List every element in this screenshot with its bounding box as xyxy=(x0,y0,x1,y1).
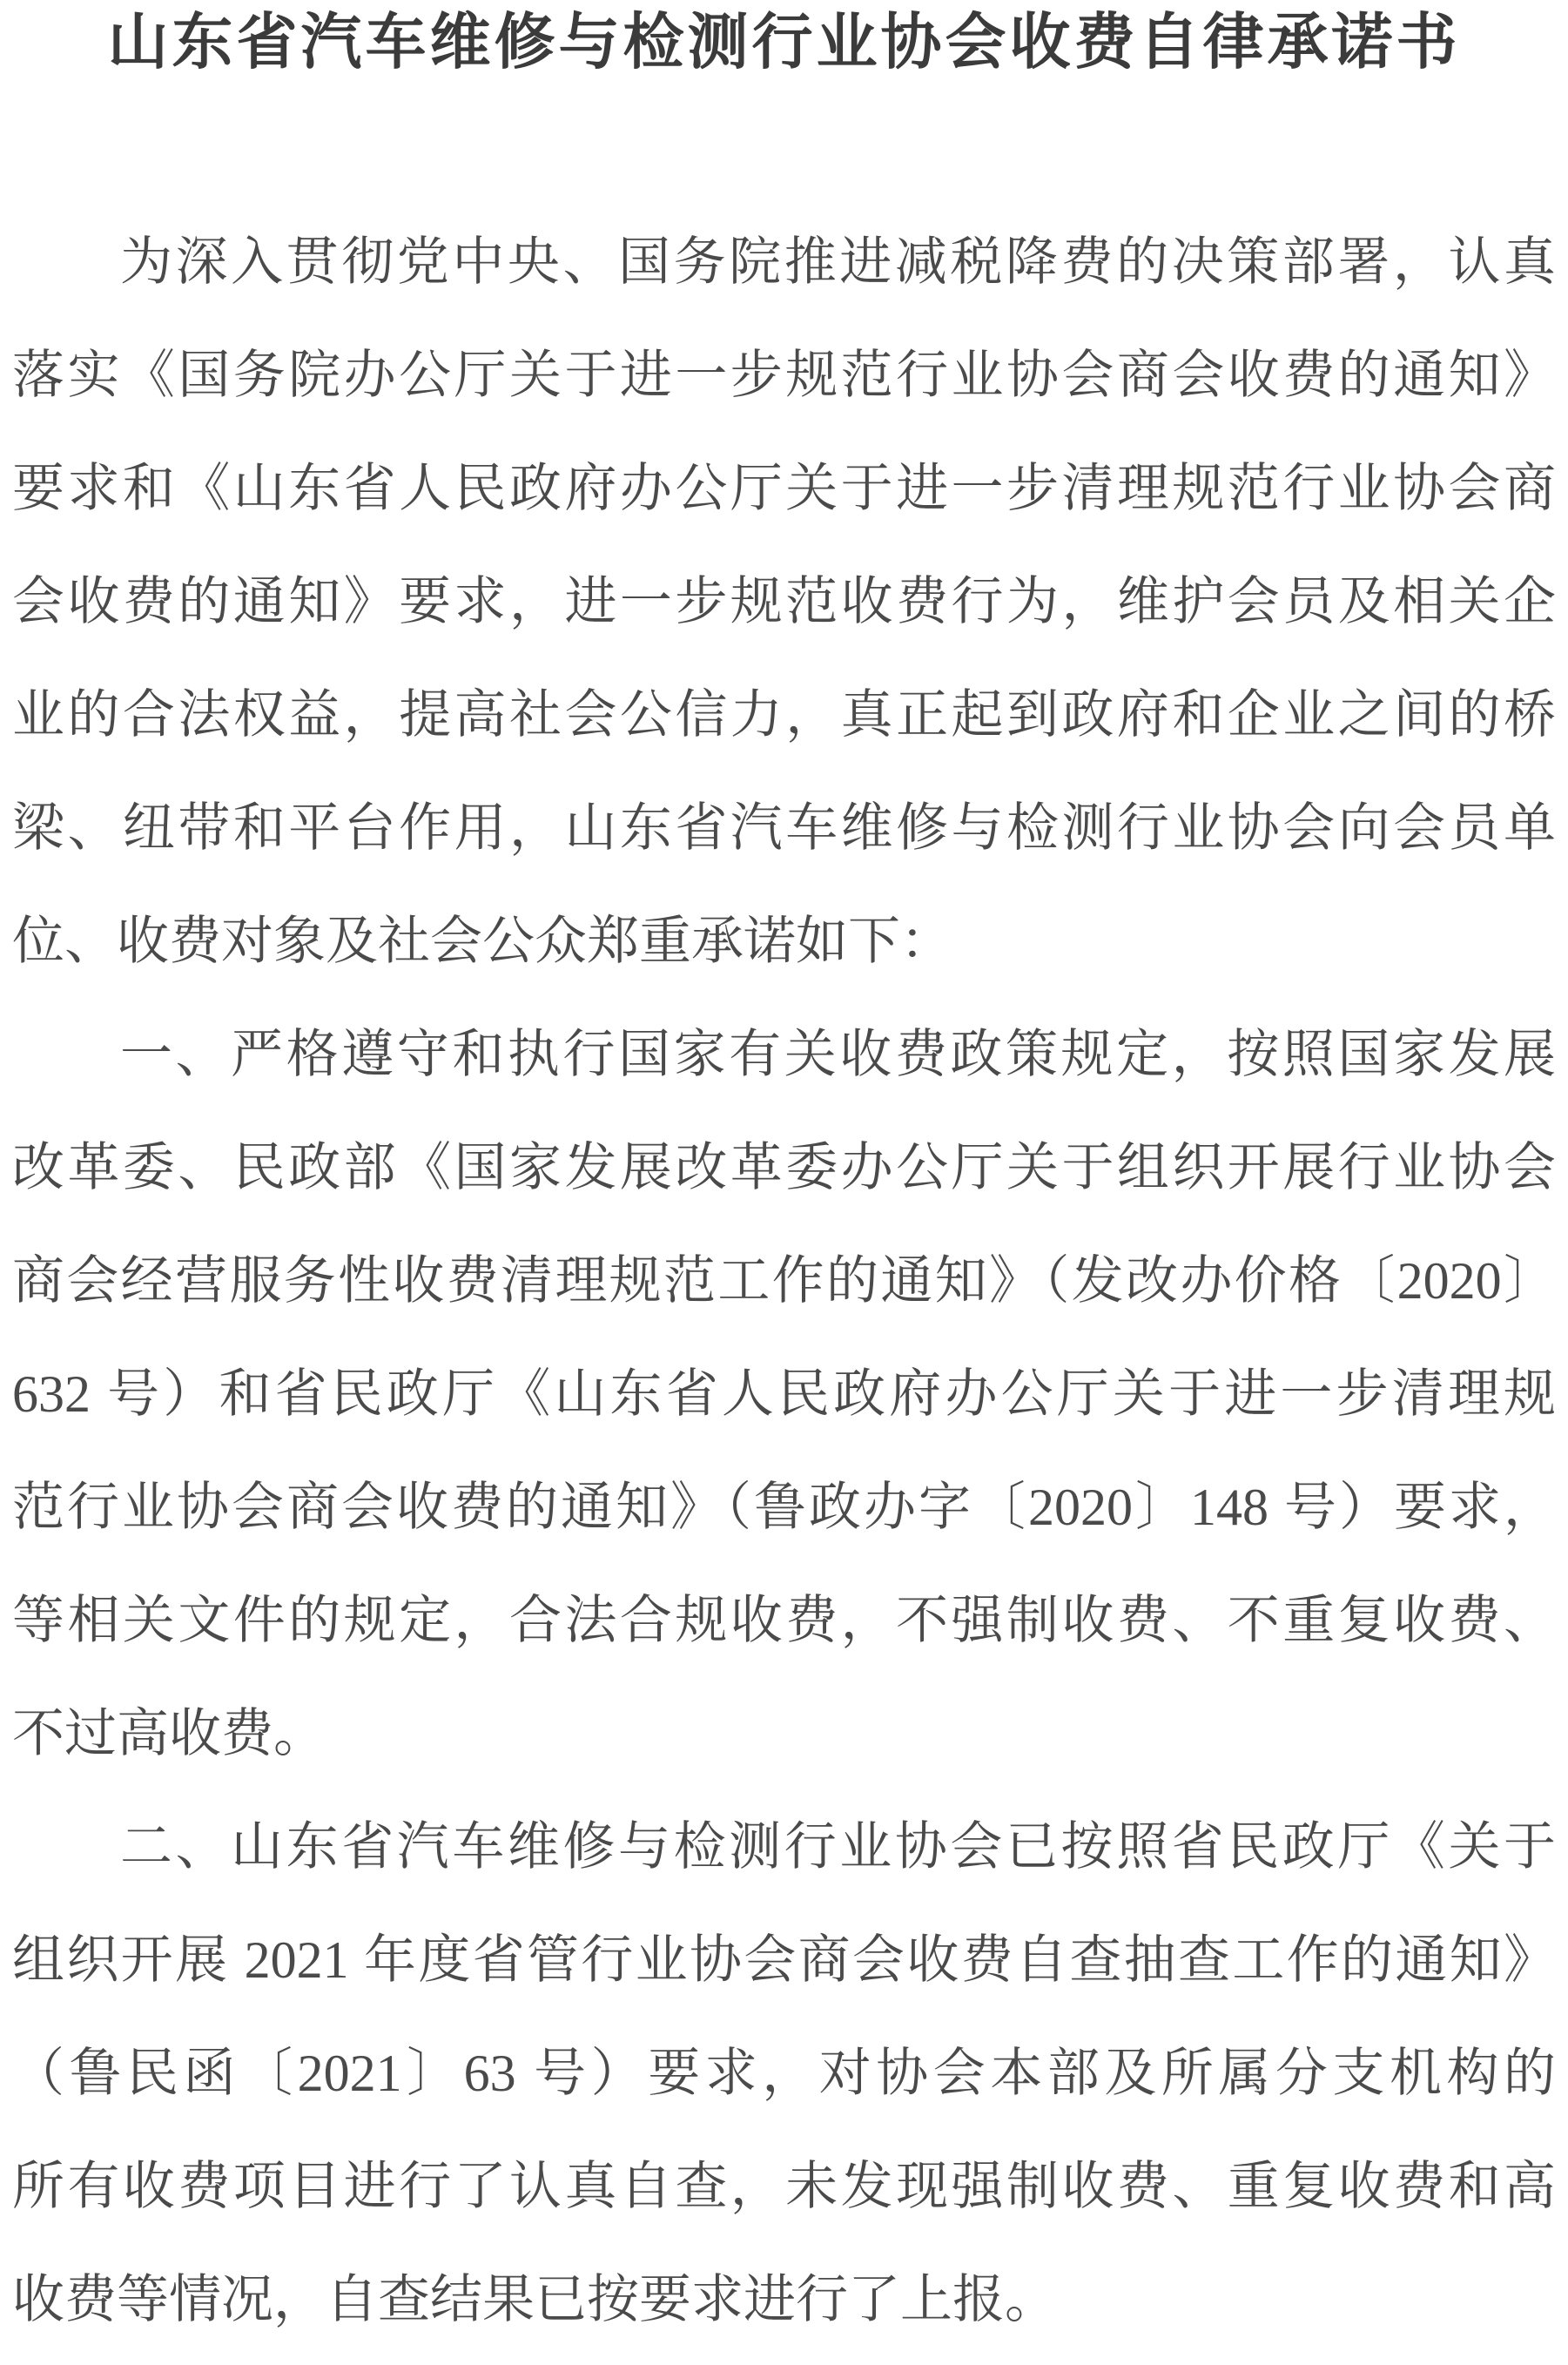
document-title: 山东省汽车维修与检测行业协会收费自律承诺书 xyxy=(0,0,1568,84)
text-line: 二、山东省汽车维修与检测行业协会已按照省民政厅《关于 xyxy=(12,1790,1556,1903)
document-body: 为深入贯彻党中央、国务院推进减税降费的决策部署，认真 落实《国务院办公厅关于进一… xyxy=(0,206,1568,2356)
text-line: 落实《国务院办公厅关于进一步规范行业协会商会收费的通知》 xyxy=(12,319,1556,432)
text-line: 不过高收费。 xyxy=(12,1677,1556,1790)
document-page: 山东省汽车维修与检测行业协会收费自律承诺书 为深入贯彻党中央、国务院推进减税降费… xyxy=(0,0,1568,2365)
text-line: 632 号）和省民政厅《山东省人民政府办公厅关于进一步清理规 xyxy=(12,1337,1556,1451)
text-line: （鲁民函〔2021〕63 号）要求，对协会本部及所属分支机构的 xyxy=(12,2017,1556,2130)
text-line: 梁、纽带和平台作用，山东省汽车维修与检测行业协会向会员单 xyxy=(12,771,1556,885)
text-line: 一、严格遵守和执行国家有关收费政策规定，按照国家发展 xyxy=(12,998,1556,1111)
text-line: 组织开展 2021 年度省管行业协会商会收费自查抽查工作的通知》 xyxy=(12,1903,1556,2017)
text-line: 位、收费对象及社会公众郑重承诺如下： xyxy=(12,885,1556,998)
text-line: 商会经营服务性收费清理规范工作的通知》（发改办价格〔2020〕 xyxy=(12,1224,1556,1337)
text-line: 所有收费项目进行了认真自查，未发现强制收费、重复收费和高 xyxy=(12,2130,1556,2243)
text-line: 业的合法权益，提高社会公信力，真正起到政府和企业之间的桥 xyxy=(12,658,1556,771)
text-line: 要求和《山东省人民政府办公厅关于进一步清理规范行业协会商 xyxy=(12,432,1556,545)
text-line: 为深入贯彻党中央、国务院推进减税降费的决策部署，认真 xyxy=(12,206,1556,319)
text-line: 等相关文件的规定，合法合规收费，不强制收费、不重复收费、 xyxy=(12,1564,1556,1677)
text-line: 范行业协会商会收费的通知》（鲁政办字〔2020〕148 号）要求， xyxy=(12,1451,1556,1564)
text-line: 收费等情况，自查结果已按要求进行了上报。 xyxy=(12,2243,1556,2356)
text-line: 改革委、民政部《国家发展改革委办公厅关于组织开展行业协会 xyxy=(12,1111,1556,1224)
text-line: 会收费的通知》要求，进一步规范收费行为，维护会员及相关企 xyxy=(12,545,1556,658)
